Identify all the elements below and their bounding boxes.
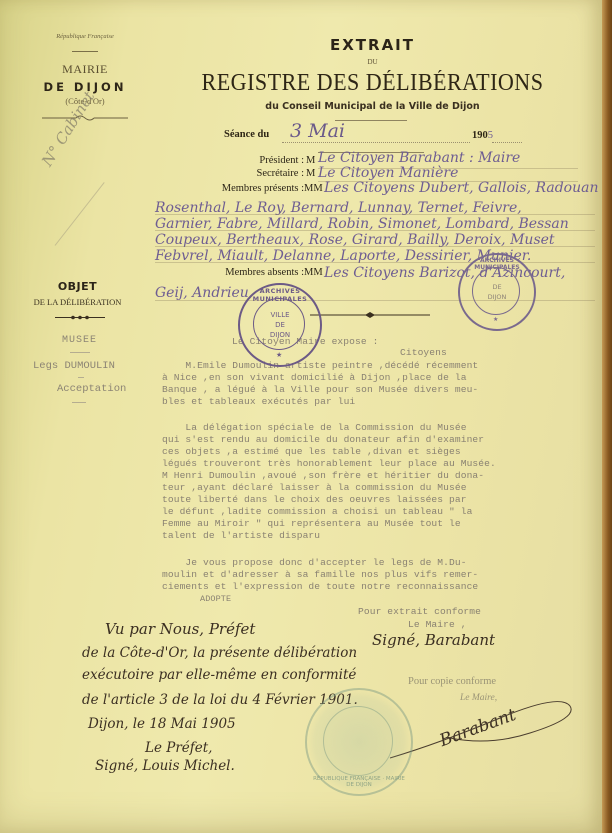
absents-prefix: MM (304, 267, 323, 278)
margin-pencil-stroke (55, 182, 105, 246)
star-icon: ★ (493, 316, 498, 323)
body-line: bles et tableaux exécutés par lui (162, 396, 478, 408)
body-line: La délégation spéciale de la Commission … (162, 422, 496, 434)
body-line: moulin et d'adresser à sa famille nos pl… (162, 569, 478, 581)
mairie-label: MAIRIE (30, 62, 140, 77)
body-line: ciements et l'expression de toute notre … (162, 581, 478, 593)
seance-dotted-line (282, 142, 470, 143)
body-line: Je vous propose donc d'accepter le legs … (162, 557, 478, 569)
prefect-line: Signé, Louis Michel. (95, 758, 235, 774)
archives-municipales-stamp-1: ARCHIVES MUNICIPALES VILLE DE DIJON ★ (238, 283, 322, 367)
presents-prefix: MM (304, 183, 323, 194)
republique-francaise-label: République Française (30, 33, 140, 40)
stamp-center-de: DE (240, 321, 320, 329)
body-line: Banque , a légué à la Ville pour son Mus… (162, 384, 478, 396)
rule-line (155, 214, 595, 215)
divider (335, 120, 407, 121)
stamp-inner-ring (472, 267, 520, 315)
prefect-line: de la Côte-d'Or, la présente délibératio… (82, 645, 357, 661)
body-line: toute liberté dans le choix des oeuvres … (162, 494, 496, 506)
body-line: Femme au Miroir " qui représentera au Mu… (162, 518, 496, 530)
body-line: qui s'est rendu au domicile du donateur … (162, 434, 496, 446)
body-line: à Nice ,en son vivant domicilié à Dijon … (162, 372, 478, 384)
body-line: le défunt ,ladite commission a choisi un… (162, 506, 496, 518)
secretaire-label: Secrétaire : (210, 168, 304, 179)
seal-ring-text: RÉPUBLIQUE FRANÇAISE · MAIRIE DE DIJON (311, 776, 407, 788)
body-line: légués trouveront très honorablement leu… (162, 458, 496, 470)
seance-year-printed: 190 (472, 130, 488, 141)
seance-dotted-line-end (492, 142, 522, 143)
mairie-de-dijon-seal: RÉPUBLIQUE FRANÇAISE · MAIRIE DE DIJON (305, 688, 413, 796)
stamp-center-dijon: DIJON (460, 293, 534, 301)
stamp-center-dijon: DIJON (240, 331, 320, 339)
body-salutation: Citoyens (400, 347, 447, 359)
absents-label: Membres absents : (180, 267, 304, 278)
prefect-line: Le Préfet, (145, 740, 212, 756)
objet-item-legs: Legs DUMOULIN (33, 360, 115, 372)
president-prefix: M (306, 155, 315, 166)
divider (72, 402, 86, 403)
conseil-subtitle: du Conseil Municipal de la Ville de Dijo… (150, 101, 595, 112)
prefect-line: de l'article 3 de la loi du 4 Février 19… (82, 692, 358, 708)
body-paragraph-1: M.Emile Dumoulin artiste peintre ,décédé… (162, 360, 478, 408)
objet-subtitle: DE LA DÉLIBÉRATION (10, 297, 145, 307)
extrait-title: EXTRAIT (150, 36, 595, 54)
body-line: teur ,ayant déclaré laisser à la commiss… (162, 482, 496, 494)
prefect-line: Dijon, le 18 Mai 1905 (88, 716, 236, 732)
document-page: République Française MAIRIE DE DIJON (Cô… (0, 0, 602, 833)
body-line: M.Emile Dumoulin artiste peintre ,décédé… (162, 360, 478, 372)
stamp-center-de: DE (460, 283, 534, 291)
seance-year: 1905 (472, 130, 493, 141)
archives-municipales-stamp-2: ARCHIVES MUNICIPALES DE DIJON ★ (458, 253, 536, 331)
pour-extrait-conforme: Pour extrait conforme (358, 606, 481, 618)
president-label: Président : (210, 155, 304, 166)
divider (70, 352, 90, 353)
president-value: Le Citoyen Barabant : Maire (318, 150, 520, 166)
secretaire-value: Le Citoyen Manière (318, 165, 458, 181)
seance-label: Séance du (224, 129, 269, 140)
pour-copie-conforme: Pour copie conforme (408, 676, 496, 687)
signe-barabant: Signé, Barabant (372, 631, 495, 649)
body-paragraph-3: Je vous propose donc d'accepter le legs … (162, 557, 478, 593)
stamp-ring-text: ARCHIVES MUNICIPALES (240, 287, 320, 303)
rule-line (155, 230, 595, 231)
body-line: M Henri Dumoulin ,avoué ,son frère et hé… (162, 470, 496, 482)
seance-date-handwritten: 3 Mai (290, 120, 345, 142)
objet-item-acceptation: Acceptation (57, 383, 126, 395)
seal-inner-ring (323, 706, 393, 776)
absents-line: Geij, Andrieu. (155, 285, 253, 301)
prefect-line: Vu par Nous, Préfet (105, 620, 255, 638)
objet-item-musee: MUSEE (62, 335, 97, 346)
presents-label: Membres présents : (180, 183, 304, 194)
objet-title: OBJET (20, 280, 135, 293)
ornament-divider-icon (310, 312, 430, 318)
divider (78, 377, 84, 378)
le-maire-label: Le Maire , (408, 619, 467, 631)
prefect-line: exécutoire par elle-même en conformité (82, 667, 356, 683)
ornament-divider-icon (55, 315, 105, 320)
seance-year-suffix: 5 (488, 130, 493, 141)
rule-line (155, 246, 595, 247)
registre-title: REGISTRE DES DÉLIBÉRATIONS (168, 70, 577, 97)
adopte-label: ADOPTE (200, 593, 231, 605)
stamp-center-ville: VILLE (240, 311, 320, 319)
du-label: DU (150, 58, 595, 66)
body-line: ces objets ,a estimé que les table ,diva… (162, 446, 496, 458)
secretaire-prefix: M (306, 168, 315, 179)
star-icon: ★ (276, 351, 282, 359)
body-line: talent de l'artiste disparu (162, 530, 496, 542)
stamp-ring-text: ARCHIVES MUNICIPALES (460, 257, 534, 271)
divider (72, 51, 98, 52)
presents-line: Les Citoyens Dubert, Gallois, Radouan (324, 180, 598, 196)
page-edge (602, 0, 612, 833)
body-paragraph-2: La délégation spéciale de la Commission … (162, 422, 496, 542)
